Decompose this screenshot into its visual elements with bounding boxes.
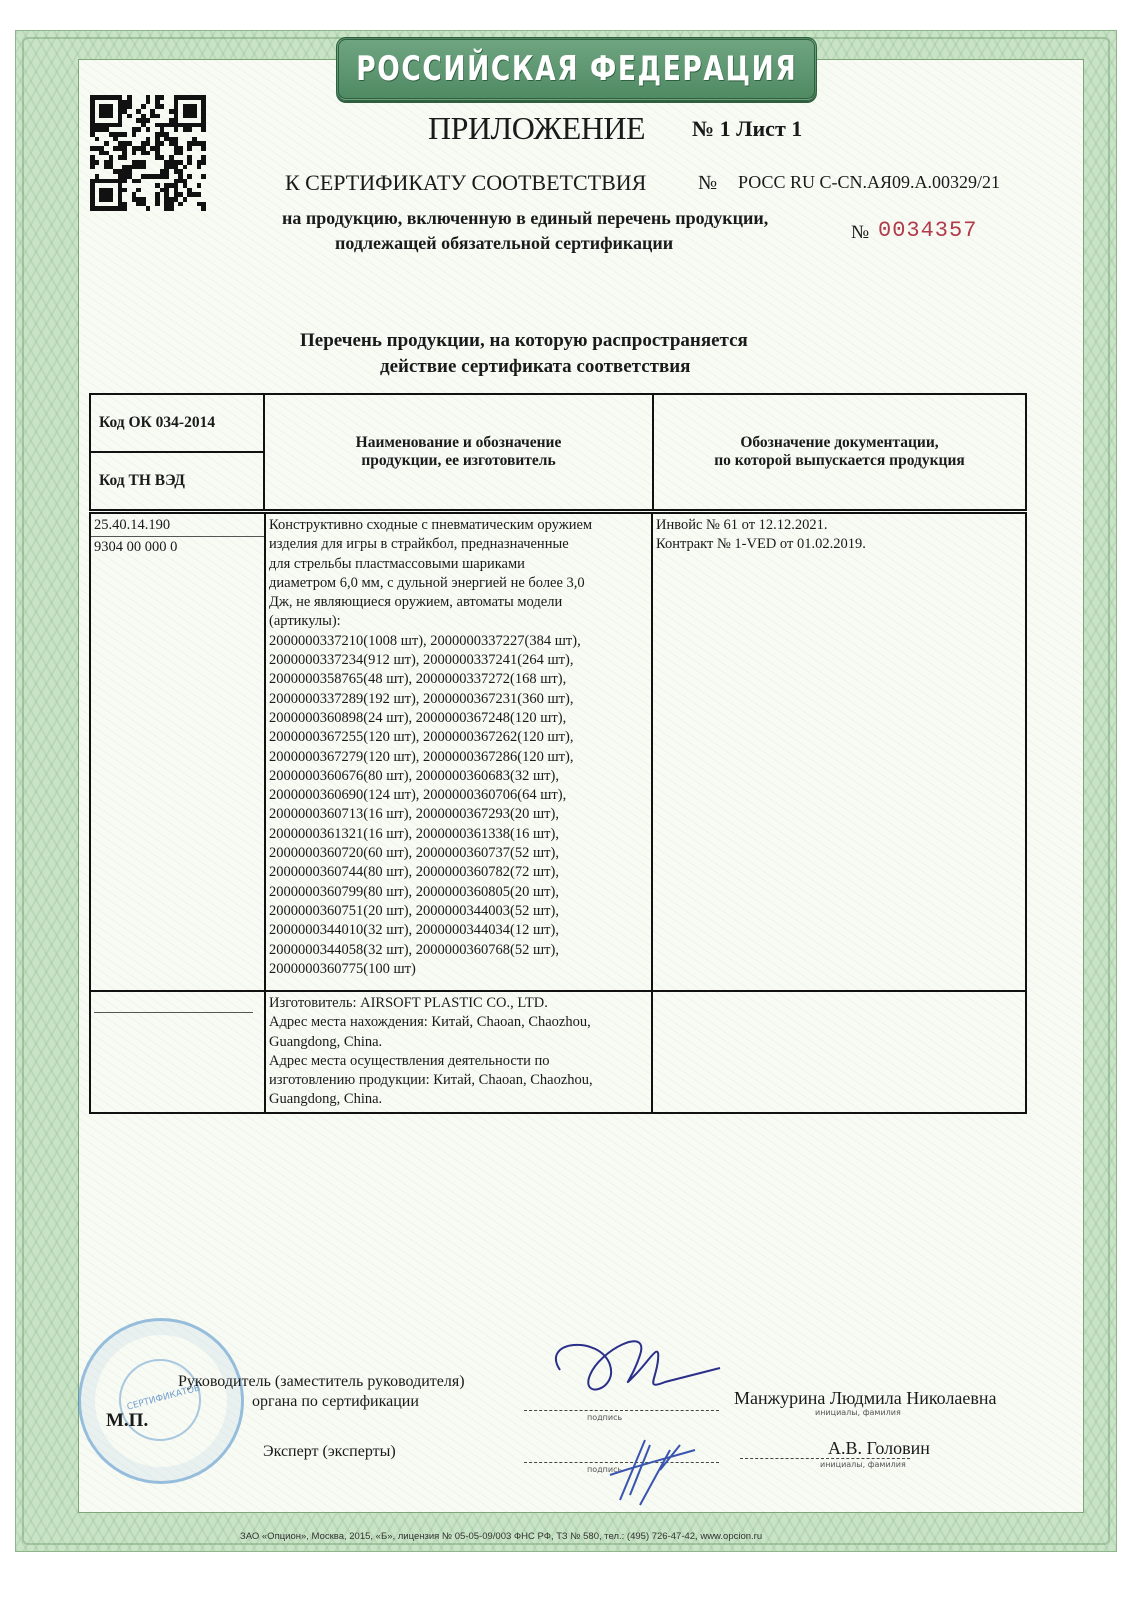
description-line: 2000000360751(20 шт), 2000000344003(52 ш… xyxy=(269,902,648,921)
description-line: 2000000344010(32 шт), 2000000344034(12 ш… xyxy=(269,921,648,940)
expert-name: А.В. Головин xyxy=(828,1438,930,1459)
codes-cell-empty xyxy=(90,991,265,1113)
description-line: 2000000337210(1008 шт), 2000000337227(38… xyxy=(269,632,648,651)
printer-info: ЗАО «Опцион», Москва, 2015, «Б», лицензи… xyxy=(240,1531,762,1542)
description-line: 2000000360775(100 шт) xyxy=(269,960,648,979)
expert-initials-caption: инициалы, фамилия xyxy=(820,1460,906,1469)
description-line: 2000000367279(120 шт), 2000000367286(120… xyxy=(269,748,648,767)
manufacturer-line: Guangdong, China. xyxy=(269,1090,648,1109)
expert-label: Эксперт (эксперты) xyxy=(263,1443,396,1461)
description-line: 2000000360720(60 шт), 2000000360737(52 ш… xyxy=(269,844,648,863)
description-line: 2000000360713(16 шт), 2000000367293(20 ш… xyxy=(269,805,648,824)
header-code-ok: Код ОК 034-2014 xyxy=(90,394,264,452)
document-title: ПРИЛОЖЕНИЕ xyxy=(428,110,645,147)
products-scope-line-1: на продукцию, включенную в единый перече… xyxy=(282,208,768,229)
doc-invoice: Инвойс № 61 от 12.12.2021. xyxy=(656,516,1022,535)
description-line: Дж, не являющиеся оружием, автоматы моде… xyxy=(269,593,648,612)
description-line: (артикулы): xyxy=(269,612,648,631)
certificate-number-sign: № xyxy=(698,172,717,195)
qr-code-icon xyxy=(90,95,206,211)
description-line: 2000000360898(24 шт), 2000000367248(120 … xyxy=(269,709,648,728)
description-line: 2000000337289(192 шт), 2000000367231(360… xyxy=(269,690,648,709)
description-line: 2000000361321(16 шт), 2000000361338(16 ш… xyxy=(269,825,648,844)
stamp-place-label: М.П. xyxy=(106,1410,148,1432)
description-line: 2000000367255(120 шт), 2000000367262(120… xyxy=(269,728,648,747)
seal-stamp-icon: СЕРТИФИКАТОВ xyxy=(78,1318,244,1484)
header-documentation: Обозначение документации, по которой вып… xyxy=(653,394,1026,510)
certificate-label: К СЕРТИФИКАТУ СООТВЕТСТВИЯ xyxy=(285,170,646,196)
documentation-cell-empty xyxy=(652,991,1026,1113)
table-row: Изготовитель: AIRSOFT PLASTIC CO., LTD.А… xyxy=(90,991,1026,1113)
description-cell: Конструктивно сходные с пневматическим о… xyxy=(265,513,652,991)
documentation-cell: Инвойс № 61 от 12.12.2021. Контракт № 1-… xyxy=(652,513,1026,991)
codes-cell: 25.40.14.190 9304 00 000 0 xyxy=(90,513,265,991)
list-title-line-1: Перечень продукции, на которую распростр… xyxy=(300,330,748,352)
description-line: 2000000337234(912 шт), 2000000337241(264… xyxy=(269,651,648,670)
description-line: для стрельбы пластмассовыми шариками xyxy=(269,555,648,574)
head-initials-caption: инициалы, фамилия xyxy=(815,1408,901,1417)
header-code-tnved: Код ТН ВЭД xyxy=(90,452,264,510)
description-line: изделия для игры в страйкбол, предназнач… xyxy=(269,535,648,554)
header-product-name-line-2: продукции, ее изготовитель xyxy=(266,452,651,470)
products-table: 25.40.14.190 9304 00 000 0 Конструктивно… xyxy=(89,512,1027,1114)
description-line: 2000000358765(48 шт), 2000000337272(168 … xyxy=(269,670,648,689)
manufacturer-line: Изготовитель: AIRSOFT PLASTIC CO., LTD. xyxy=(269,994,648,1013)
manufacturer-line: изготовлению продукции: Китай, Chaoan, C… xyxy=(269,1071,648,1090)
manufacturer-cell: Изготовитель: AIRSOFT PLASTIC CO., LTD.А… xyxy=(265,991,652,1113)
sheet-number: № 1 Лист 1 xyxy=(692,116,802,142)
header-product-name: Наименование и обозначение продукции, ее… xyxy=(264,394,653,510)
banner-text: РОССИЙСКАЯ ФЕДЕРАЦИЯ xyxy=(356,49,797,89)
head-signatory-label-2: органа по сертификации xyxy=(252,1393,419,1411)
description-line: диаметром 6,0 мм, с дульной энергией не … xyxy=(269,574,648,593)
head-signature-line xyxy=(524,1410,719,1411)
header-product-name-line-1: Наименование и обозначение xyxy=(266,434,651,452)
code-tnved-value: 9304 00 000 0 xyxy=(94,537,261,557)
manufacturer-line: Адрес места нахождения: Китай, Chaoan, C… xyxy=(269,1013,648,1032)
description-line: 2000000360690(124 шт), 2000000360706(64 … xyxy=(269,786,648,805)
head-signatory-name: Манжурина Людмила Николаевна xyxy=(734,1388,997,1409)
description-line: 2000000360799(80 шт), 2000000360805(20 ш… xyxy=(269,883,648,902)
code-ok-value: 25.40.14.190 xyxy=(91,514,264,537)
description-line: Конструктивно сходные с пневматическим о… xyxy=(269,516,648,535)
list-title-line-2: действие сертификата соответствия xyxy=(380,356,690,378)
header-documentation-line-2: по которой выпускается продукция xyxy=(655,452,1024,470)
manufacturer-info: Изготовитель: AIRSOFT PLASTIC CO., LTD.А… xyxy=(269,994,648,1110)
table-header: Код ОК 034-2014 Наименование и обозначен… xyxy=(89,393,1027,511)
doc-contract: Контракт № 1-VED от 01.02.2019. xyxy=(656,535,1022,554)
head-signature-icon xyxy=(540,1330,730,1410)
products-scope-line-2: подлежащей обязательной сертификации xyxy=(335,233,673,254)
table-row: 25.40.14.190 9304 00 000 0 Конструктивно… xyxy=(90,513,1026,991)
description-line: 2000000360744(80 шт), 2000000360782(72 ш… xyxy=(269,863,648,882)
manufacturer-line: Guangdong, China. xyxy=(269,1033,648,1052)
divider xyxy=(94,994,253,1013)
serial-number: 0034357 xyxy=(878,218,977,243)
product-description: Конструктивно сходные с пневматическим о… xyxy=(269,516,648,979)
certificate-number: РОСС RU C-CN.АЯ09.A.00329/21 xyxy=(738,172,1000,193)
expert-signature-icon xyxy=(600,1420,710,1510)
country-banner: РОССИЙСКАЯ ФЕДЕРАЦИЯ xyxy=(336,37,817,101)
head-signatory-label-1: Руководитель (заместитель руководителя) xyxy=(178,1373,465,1391)
description-line: 2000000344058(32 шт), 2000000360768(52 ш… xyxy=(269,941,648,960)
description-line: 2000000360676(80 шт), 2000000360683(32 ш… xyxy=(269,767,648,786)
header-documentation-line-1: Обозначение документации, xyxy=(655,434,1024,452)
manufacturer-line: Адрес места осуществления деятельности п… xyxy=(269,1052,648,1071)
serial-number-sign: № xyxy=(851,222,869,244)
